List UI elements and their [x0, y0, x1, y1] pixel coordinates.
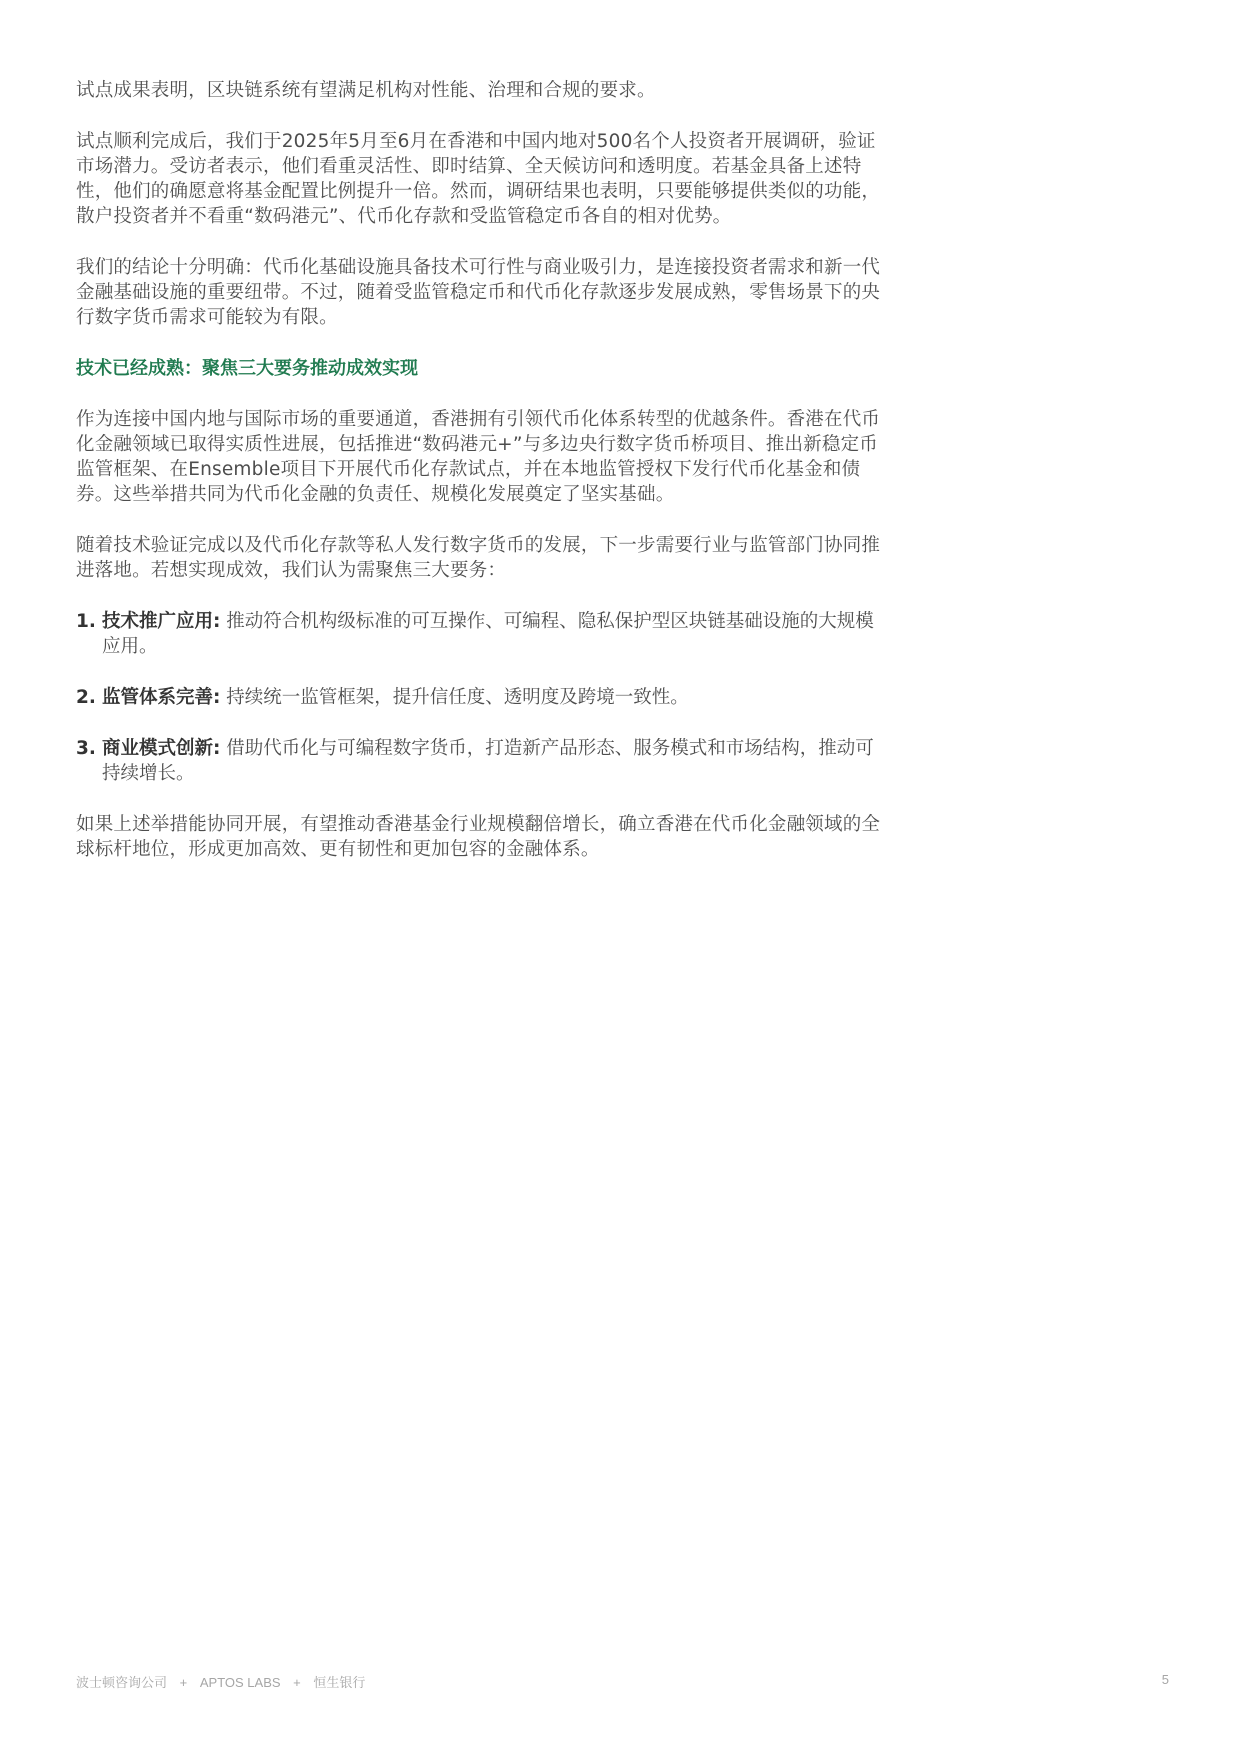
priority-title: 技术推广应用: [102, 611, 220, 632]
partner-hang-seng-bank: 恒生银行 [313, 1675, 365, 1690]
priority-item-2: 2. 监管体系完善: 持续统一监管框架，提升信任度、透明度及跨境一致性。 [76, 685, 886, 710]
partner-separator: + [180, 1675, 188, 1690]
priority-text: 持续统一监管框架，提升信任度、透明度及跨境一致性。 [220, 687, 688, 708]
partner-aptos-labs: APTOS LABS [200, 1675, 281, 1690]
paragraph-hong-kong-progress: 作为连接中国内地与国际市场的重要通道，香港拥有引领代币化体系转型的优越条件。香港… [76, 407, 886, 507]
partner-bcg: 波士顿咨询公司 [76, 1675, 167, 1690]
priority-item-1: 1. 技术推广应用: 推动符合机构级标准的可互操作、可编程、隐私保护型区块链基础… [76, 609, 886, 659]
paragraph-pilot-results: 试点成果表明，区块链系统有望满足机构对性能、治理和合规的要求。 [76, 78, 886, 103]
priorities-list: 1. 技术推广应用: 推动符合机构级标准的可互操作、可编程、隐私保护型区块链基础… [76, 609, 886, 786]
footer-partners: 波士顿咨询公司 + APTOS LABS + 恒生银行 [76, 1672, 365, 1691]
priority-title: 监管体系完善: [102, 687, 220, 708]
paragraph-closing: 如果上述举措能协同开展，有望推动香港基金行业规模翻倍增长，确立香港在代币化金融领… [76, 812, 886, 862]
page-content: 试点成果表明，区块链系统有望满足机构对性能、治理和合规的要求。 试点顺利完成后，… [76, 78, 886, 888]
priority-title: 商业模式创新: [102, 738, 220, 759]
paragraph-next-steps: 随着技术验证完成以及代币化存款等私人发行数字货币的发展，下一步需要行业与监管部门… [76, 533, 886, 583]
paragraph-investor-survey: 试点顺利完成后，我们于2025年5月至6月在香港和中国内地对500名个人投资者开… [76, 129, 886, 229]
section-heading: 技术已经成熟：聚焦三大要务推动成效实现 [76, 356, 886, 381]
priority-number: 3. [76, 736, 96, 761]
paragraph-conclusion: 我们的结论十分明确：代币化基础设施具备技术可行性与商业吸引力，是连接投资者需求和… [76, 255, 886, 330]
priority-item-3: 3. 商业模式创新: 借助代币化与可编程数字货币，打造新产品形态、服务模式和市场… [76, 736, 886, 786]
priority-number: 2. [76, 685, 96, 710]
priority-number: 1. [76, 609, 96, 634]
partner-separator: + [293, 1675, 301, 1690]
page-number: 5 [1162, 1672, 1169, 1687]
